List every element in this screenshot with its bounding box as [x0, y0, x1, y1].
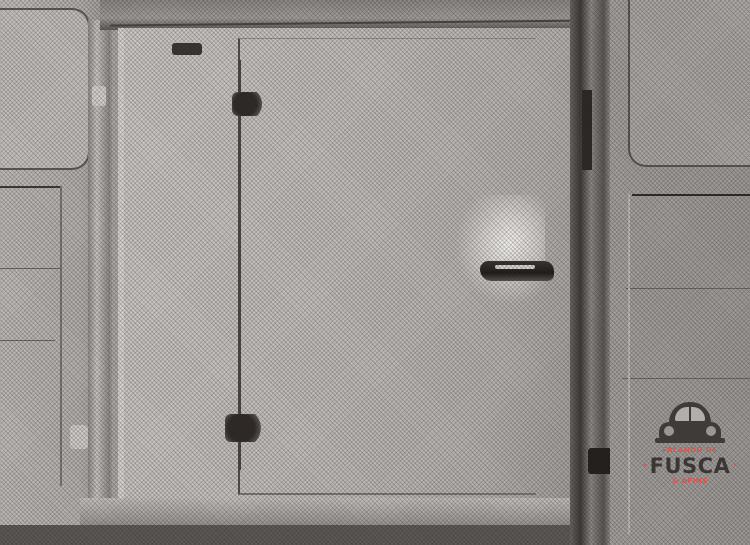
- door-handle-icon: [480, 261, 554, 281]
- watermark-bottom-text: & AFINS: [672, 477, 708, 486]
- left-door-seam: [0, 340, 55, 341]
- watermark-logo: FALANDO DE • FUSCA • & AFINS: [640, 400, 740, 512]
- partition-hinge-line: [238, 60, 241, 470]
- jamb-slot: [582, 90, 592, 170]
- partition-vent-slot: [172, 43, 202, 55]
- left-door-seam: [0, 186, 62, 188]
- watermark-dot: •: [642, 461, 647, 471]
- floor-edge-shadow: [0, 525, 640, 545]
- left-door-hinge: [92, 86, 106, 106]
- left-door-seam: [0, 268, 60, 269]
- partition-hinge-icon: [225, 414, 261, 442]
- photograph: FALANDO DE • FUSCA • & AFINS: [0, 0, 750, 545]
- right-door-seam: [632, 194, 750, 196]
- partition-hinge-icon: [232, 92, 262, 116]
- left-door-hinge: [70, 425, 88, 449]
- right-door-panel-edge: [628, 194, 630, 534]
- watermark-main-text: FUSCA: [650, 455, 731, 477]
- right-door-window-panel: [628, 0, 750, 167]
- right-door-seam: [622, 378, 750, 379]
- watermark-dot: •: [732, 461, 737, 471]
- light-glare: [455, 195, 545, 305]
- left-door-window-panel: [0, 8, 90, 170]
- door-handle-highlight: [495, 265, 535, 269]
- left-door-panel-edge: [60, 186, 62, 486]
- right-door-seam: [626, 288, 750, 289]
- vw-beetle-front-icon: [655, 400, 725, 446]
